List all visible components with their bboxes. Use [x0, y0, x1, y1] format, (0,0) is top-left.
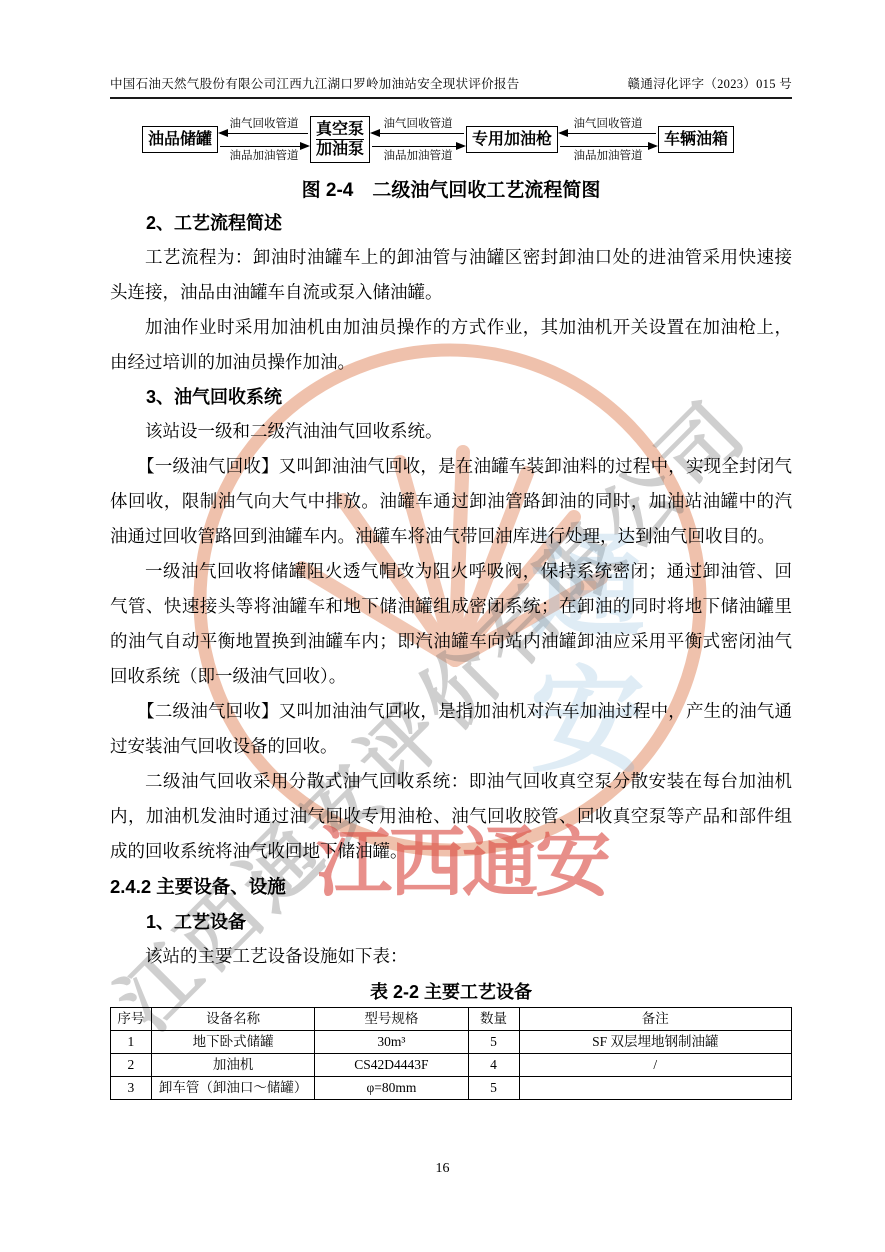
- paragraph: 该站的主要工艺设备设施如下表：: [110, 939, 792, 974]
- flow-label-fuel-pipe: 油品加油管道: [558, 150, 658, 162]
- arrow-left-icon: [560, 133, 656, 134]
- table-cell: [519, 1077, 791, 1100]
- table-row: 2 加油机 CS42D4443F 4 /: [111, 1054, 792, 1077]
- document-page: 中国石油天然气股份有限公司江西九江湖口罗岭加油站安全现状评价报告 赣通浔化评字（…: [0, 0, 885, 1252]
- flow-label-fuel-pipe: 油品加油管道: [218, 150, 310, 162]
- table-cell: 5: [468, 1077, 519, 1100]
- table-header-cell: 型号规格: [315, 1008, 468, 1031]
- table-cell: 卸车管（卸油口～储罐）: [151, 1077, 314, 1100]
- table-cell: 2: [111, 1054, 152, 1077]
- table-cell: 加油机: [151, 1054, 314, 1077]
- paragraph: 【二级油气回收】又叫加油油气回收，是指加油机对汽车加油过程中，产生的油气通过安装…: [110, 694, 792, 764]
- flow-label-vapor-pipe: 油气回收管道: [558, 118, 658, 130]
- vapor-recovery-flow-diagram: 油品储罐 油气回收管道 油品加油管道 真空泵 加油泵 油气回收管道 油品加油管道…: [142, 116, 792, 163]
- paragraph: 该站设一级和二级汽油油气回收系统。: [110, 414, 792, 449]
- heading-vapor-recovery-system: 3、油气回收系统: [110, 380, 792, 414]
- flow-box-vacuum-pump: 真空泵 加油泵: [310, 116, 370, 163]
- table-header-cell: 设备名称: [151, 1008, 314, 1031]
- paragraph: 工艺流程为：卸油时油罐车上的卸油管与油罐区密封卸油口处的进油管采用快速接头连接，…: [110, 240, 792, 310]
- paragraph: 加油作业时采用加油机由加油员操作的方式作业，其加油机开关设置在加油枪上，由经过培…: [110, 310, 792, 380]
- heading-2-4-2: 2.4.2 主要设备、设施: [110, 869, 792, 905]
- flow-box-pump-line2: 加油泵: [316, 139, 364, 159]
- paragraph: 【一级油气回收】又叫卸油油气回收，是在油罐车装卸油料的过程中，实现全封闭气体回收…: [110, 449, 792, 554]
- table-cell: 地下卧式储罐: [151, 1031, 314, 1054]
- flow-box-vehicle-tank: 车辆油箱: [658, 126, 734, 153]
- table-cell: 30m³: [315, 1031, 468, 1054]
- table-row: 1 地下卧式储罐 30m³ 5 SF 双层埋地钢制油罐: [111, 1031, 792, 1054]
- paragraph: 二级油气回收采用分散式油气回收系统：即油气回收真空泵分散安装在每台加油机内，加油…: [110, 764, 792, 869]
- heading-process-equipment: 1、工艺设备: [110, 905, 792, 939]
- equipment-table: 序号 设备名称 型号规格 数量 备注 1 地下卧式储罐 30m³ 5 SF 双层…: [110, 1007, 792, 1100]
- table-header-row: 序号 设备名称 型号规格 数量 备注: [111, 1008, 792, 1031]
- flow-box-nozzle: 专用加油枪: [466, 126, 558, 153]
- flow-connector: 油气回收管道 油品加油管道: [218, 118, 310, 162]
- table-cell: SF 双层埋地钢制油罐: [519, 1031, 791, 1054]
- table-cell: /: [519, 1054, 791, 1077]
- arrow-left-icon: [220, 133, 308, 134]
- figure-caption: 图 2-4 二级油气回收工艺流程简图: [110, 175, 792, 202]
- table-cell: 5: [468, 1031, 519, 1054]
- page-number: 16: [0, 1161, 885, 1177]
- table-cell: 1: [111, 1031, 152, 1054]
- flow-label-fuel-pipe: 油品加油管道: [370, 150, 466, 162]
- arrow-right-icon: [560, 146, 656, 147]
- table-row: 3 卸车管（卸油口～储罐） φ=80mm 5: [111, 1077, 792, 1100]
- flow-label-vapor-pipe: 油气回收管道: [370, 118, 466, 130]
- header-report-title: 中国石油天然气股份有限公司江西九江湖口罗岭加油站安全现状评价报告: [110, 74, 520, 92]
- table-header-cell: 数量: [468, 1008, 519, 1031]
- arrow-left-icon: [372, 133, 464, 134]
- table-cell: 3: [111, 1077, 152, 1100]
- header-document-number: 赣通浔化评字（2023）015 号: [628, 74, 792, 92]
- flow-connector: 油气回收管道 油品加油管道: [558, 118, 658, 162]
- table-caption: 表 2-2 主要工艺设备: [110, 978, 792, 1004]
- flow-connector: 油气回收管道 油品加油管道: [370, 118, 466, 162]
- paragraph: 一级油气回收将储罐阻火透气帽改为阻火呼吸阀，保持系统密闭；通过卸油管、回气管、快…: [110, 554, 792, 694]
- arrow-right-icon: [220, 146, 308, 147]
- heading-process-description: 2、工艺流程简述: [110, 206, 792, 240]
- table-cell: CS42D4443F: [315, 1054, 468, 1077]
- table-cell: φ=80mm: [315, 1077, 468, 1100]
- arrow-right-icon: [372, 146, 464, 147]
- document-body: 油品储罐 油气回收管道 油品加油管道 真空泵 加油泵 油气回收管道 油品加油管道…: [110, 110, 792, 1100]
- flow-box-storage-tank: 油品储罐: [142, 126, 218, 153]
- flow-box-pump-line1: 真空泵: [316, 121, 364, 138]
- table-header-cell: 序号: [111, 1008, 152, 1031]
- flow-label-vapor-pipe: 油气回收管道: [218, 118, 310, 130]
- page-header: 中国石油天然气股份有限公司江西九江湖口罗岭加油站安全现状评价报告 赣通浔化评字（…: [110, 74, 792, 99]
- table-cell: 4: [468, 1054, 519, 1077]
- table-header-cell: 备注: [519, 1008, 791, 1031]
